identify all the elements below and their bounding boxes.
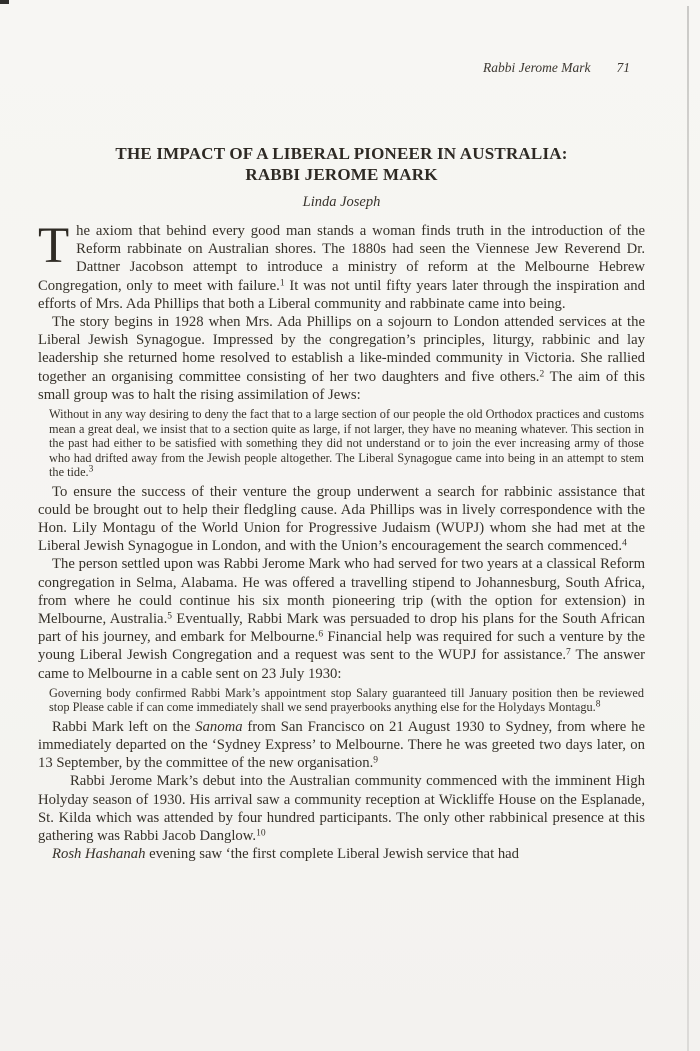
footnote-marker: 8: [596, 700, 601, 710]
paragraph: The story begins in 1928 when Mrs. Ada P…: [38, 313, 645, 404]
footnote-marker: 10: [256, 828, 266, 838]
paragraph: The person settled upon was Rabbi Jerome…: [38, 555, 645, 682]
paragraph: To ensure the success of their venture t…: [38, 483, 645, 556]
paragraph: Rabbi Mark left on the Sanoma from San F…: [38, 718, 645, 773]
article-title: THE IMPACT OF A LIBERAL PIONEER IN AUSTR…: [38, 144, 645, 185]
page-number: 71: [617, 60, 631, 75]
scanned-page: Rabbi Jerome Mark71 THE IMPACT OF A LIBE…: [0, 0, 700, 1051]
footnote-marker: 3: [89, 465, 94, 475]
block-quote: Without in any way desiring to deny the …: [49, 407, 644, 480]
footnote-marker: 4: [622, 539, 627, 549]
title-line-2: RABBI JEROME MARK: [245, 165, 437, 184]
footnote-marker: 9: [373, 756, 378, 766]
paragraph: Rabbi Jerome Mark’s debut into the Austr…: [38, 772, 645, 845]
running-title: Rabbi Jerome Mark: [483, 60, 590, 75]
drop-cap-letter: T: [38, 222, 76, 267]
scan-artifact-corner-mark: [0, 0, 9, 4]
article: THE IMPACT OF A LIBERAL PIONEER IN AUSTR…: [38, 144, 645, 863]
author-byline: Linda Joseph: [38, 194, 645, 211]
running-header: Rabbi Jerome Mark71: [0, 60, 630, 76]
title-line-1: THE IMPACT OF A LIBERAL PIONEER IN AUSTR…: [115, 144, 567, 163]
paragraph: Rosh Hashanah evening saw ‘the first com…: [38, 845, 645, 863]
block-quote: Governing body confirmed Rabbi Mark’s ap…: [49, 686, 644, 715]
paragraph: The axiom that behind every good man sta…: [38, 222, 645, 313]
article-body: The axiom that behind every good man sta…: [38, 222, 645, 863]
page-edge-line: [687, 6, 689, 1051]
